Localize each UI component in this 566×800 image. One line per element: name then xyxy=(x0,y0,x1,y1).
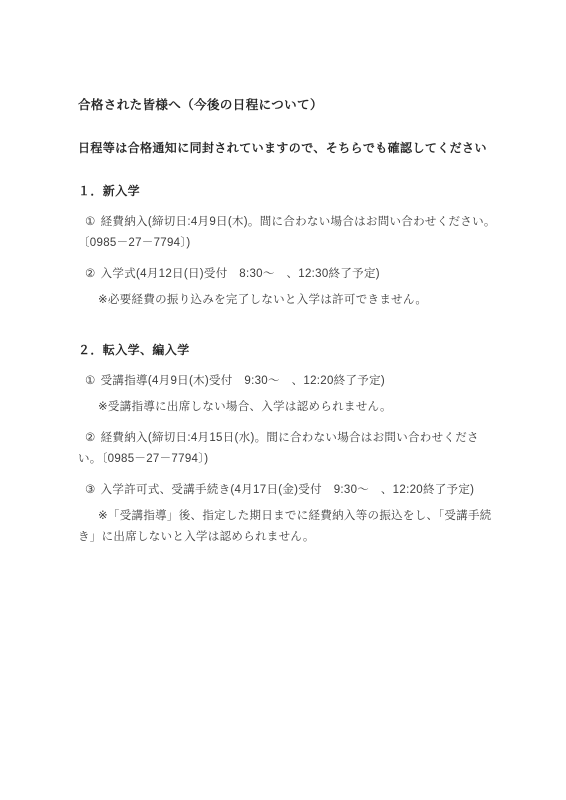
item-text: 受講指導(4月9日(木)受付 9:30～ 、12:20終了予定) xyxy=(101,375,385,387)
item-marker: ③ xyxy=(85,484,96,496)
list-item: ①受講指導(4月9日(木)受付 9:30～ 、12:20終了予定) xyxy=(78,371,496,392)
item-marker: ② xyxy=(85,268,96,280)
item-text: 経費納入(締切日:4月9日(木)。間に合わない場合はお問い合わせください。〔09… xyxy=(78,216,496,249)
item-text: 入学許可式、受講手続き(4月17日(金)受付 9:30～ 、12:20終了予定) xyxy=(101,484,475,496)
list-item: ②経費納入(締切日:4月15日(水)。間に合わない場合はお問い合わせください。〔… xyxy=(78,428,496,470)
section-1-heading: １．新入学 xyxy=(78,181,496,202)
intro-line: 日程等は合格通知に同封されていますので、そちらでも確認してください xyxy=(78,138,496,159)
list-item: ①経費納入(締切日:4月9日(木)。間に合わない場合はお問い合わせください。〔0… xyxy=(78,212,496,254)
item-marker: ① xyxy=(85,216,96,228)
list-item: ②入学式(4月12日(日)受付 8:30～ 、12:30終了予定) xyxy=(78,264,496,285)
item-text: 入学式(4月12日(日)受付 8:30～ 、12:30終了予定) xyxy=(101,268,380,280)
note-line: ※必要経費の振り込みを完了しないと入学は許可できません。 xyxy=(78,290,496,311)
item-text: 経費納入(締切日:4月15日(水)。間に合わない場合はお問い合わせください。〔0… xyxy=(78,432,479,465)
item-marker: ② xyxy=(85,432,96,444)
note-line: ※受講指導に出席しない場合、入学は認められません。 xyxy=(78,397,496,418)
doc-title: 合格された皆様へ（今後の日程について） xyxy=(78,95,496,116)
section-2-heading: ２．転入学、編入学 xyxy=(78,340,496,361)
note-line: ※「受講指導」後、指定した期日までに経費納入等の振込をし、「受講手続き」に出席し… xyxy=(78,506,496,548)
item-marker: ① xyxy=(85,375,96,387)
list-item: ③入学許可式、受講手続き(4月17日(金)受付 9:30～ 、12:20終了予定… xyxy=(78,480,496,501)
document-page: 合格された皆様へ（今後の日程について） 日程等は合格通知に同封されていますので、… xyxy=(0,0,566,800)
